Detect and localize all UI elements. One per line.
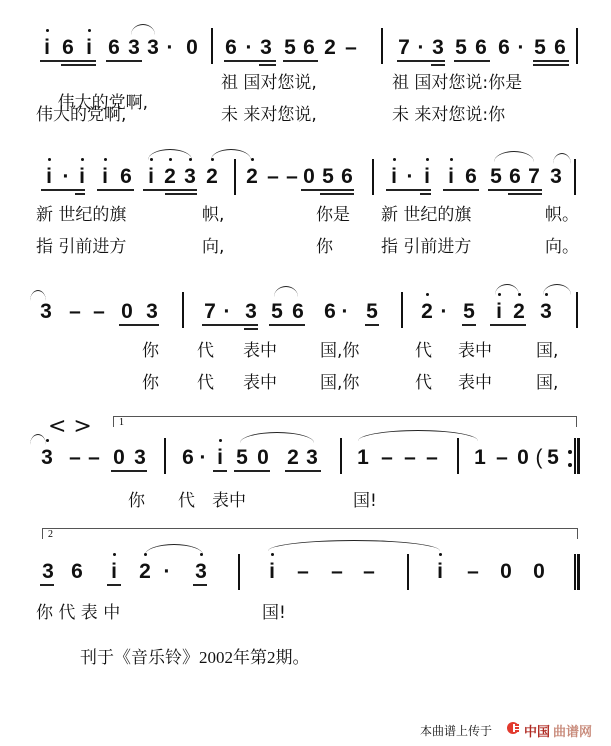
lyric-line-5: 国! [262,598,286,623]
note: 3 [194,560,208,584]
notation-line-5: 3 6 i 2 · 3 i – – – i – 0 0 [0,560,611,590]
note: 6 [181,446,195,470]
note: i [107,560,121,584]
note: – [266,165,280,189]
lyric-verse-1: 你 [142,336,159,361]
final-barline-thick [577,554,580,590]
note: 5 [321,165,335,189]
slur [148,149,192,160]
beam [533,60,569,62]
lyric-verse-1: 帜。 [545,200,579,225]
note: 0 [256,446,270,470]
barline [211,28,213,64]
beam [397,60,445,62]
barline [407,554,409,590]
tie [268,540,440,551]
beam [386,189,431,191]
note: i [40,36,54,60]
lyric-verse-1: 祖 国对您说:你是 [392,68,522,93]
beam [454,60,490,62]
beam [107,584,121,586]
note: 7 [397,36,411,60]
dynamics-marks: < > [48,414,92,439]
lyric-line-4: 代 [178,486,195,511]
beam [224,60,276,62]
slur [494,151,534,162]
note: 3 [39,300,53,324]
lyric-verse-2: 表中 [458,368,492,393]
beam [533,64,569,66]
note: · [163,36,177,60]
note: 5 [489,165,503,189]
beam [143,189,197,191]
final-barline-thin [574,554,576,590]
beam [41,189,85,191]
note: 3 [305,446,319,470]
lyric-line-5: 你 代 表 中 [36,598,120,623]
note: 6 [464,165,478,189]
note: i [387,165,401,189]
note: 0 [112,446,126,470]
site-brand-dark: 中国 [524,721,550,740]
beam [443,189,479,191]
repeat-dots [568,450,572,470]
note: · [196,446,210,470]
note: 5 [283,36,297,60]
lyric-verse-2: 伟大的党啊, [36,100,126,125]
barline [381,28,383,64]
note: · [437,300,451,324]
note: 1 [473,446,487,470]
note: 2 [163,165,177,189]
note: 5 [533,36,547,60]
note: 3 [183,165,197,189]
beam [234,470,270,472]
slur [145,544,203,555]
note: 6 [474,36,488,60]
notation-line-2: i · i i 6 i 2 3 2 2 – – 0 5 6 i · i i 6 … [0,165,611,195]
note: 7 [527,165,541,189]
repeat-barline-thin [574,438,576,474]
note: – [380,446,394,470]
beam [61,64,96,66]
note: 5 [546,446,560,470]
note: – [92,300,106,324]
beam [111,470,147,472]
score-page: i 6 i 6 3 3 · 0 6 · 3 5 6 2 – 7 · 3 5 6 … [0,0,611,746]
publication-note: 刊于《音乐铃》2002年第2期。 [80,643,310,668]
note: 2 [420,300,434,324]
lyric-verse-2: 你 [316,232,333,257]
beam [40,584,54,586]
beam [301,189,354,191]
beam [320,193,354,195]
barline [457,438,459,474]
note: 6 [61,36,75,60]
note: 7 [203,300,217,324]
barline [576,292,578,328]
lyric-verse-1: 祖 国对您说, [221,68,317,93]
tie [358,430,478,441]
lyric-line-4: 你 [128,486,145,511]
note: 5 [235,446,249,470]
beam [283,60,318,62]
note: – [68,446,82,470]
lyric-verse-2: 指 引前进方 [36,232,126,257]
notation-line-4: 3 – – 0 3 6 · i 5 0 2 3 1 – – – 1 – 0 ( … [0,446,611,476]
lyric-verse-1: 新 世纪的旗 [381,200,471,225]
note: 3 [40,446,54,470]
note: i [98,165,112,189]
note: 6 [323,300,337,324]
beam [488,189,542,191]
note: 0 [185,36,199,60]
note: 0 [516,446,530,470]
lyric-verse-2: 指 引前进方 [381,232,471,257]
slur [30,434,46,445]
beam [269,324,305,326]
beam [193,584,207,586]
note: 2 [512,300,526,324]
upload-credit: 本曲谱上传于 [420,722,492,739]
note: – [495,446,509,470]
note: · [514,36,528,60]
note: 2 [138,560,152,584]
beam [462,324,476,326]
note: i [433,560,447,584]
note: 6 [107,36,121,60]
lyric-verse-2: 表中 [243,368,277,393]
lyric-line-4: 国! [353,486,377,511]
note: 3 [549,165,563,189]
repeat-barline-thick [577,438,580,474]
note: 0 [532,560,546,584]
note: 2 [245,165,259,189]
slur [543,284,571,295]
note: 5 [454,36,468,60]
note: i [213,446,227,470]
note: · [403,165,417,189]
barline [182,292,184,328]
barline [340,438,342,474]
note: – [87,446,101,470]
slur [240,432,314,443]
note: · [242,36,256,60]
note: i [420,165,434,189]
lyric-verse-2: 代 [415,368,432,393]
note: – [330,560,344,584]
beam [119,324,159,326]
note: 6 [119,165,133,189]
note: i [265,560,279,584]
note: i [444,165,458,189]
lyric-verse-1: 代 [415,336,432,361]
note: 2 [323,36,337,60]
notation-line-1: i 6 i 6 3 3 · 0 6 · 3 5 6 2 – 7 · 3 5 6 … [0,36,611,66]
slur [495,284,519,295]
beam [75,193,85,195]
site-brand-light: 曲谱网 [553,721,592,740]
note: 0 [120,300,134,324]
lyric-verse-1: 你是 [316,200,350,225]
beam [508,193,542,195]
lyric-verse-2: 国,你 [320,368,359,393]
lyric-verse-1: 帜, [202,200,224,225]
notation-line-3: 3 – – 0 3 7 · 3 5 6 6 · 5 2 · 5 i 2 3 [0,300,611,330]
note: – [285,165,299,189]
note: 0 [499,560,513,584]
beam [490,324,526,326]
slur [131,24,155,35]
slur [274,286,298,297]
lyric-line-4: 表中 [212,486,246,511]
note: i [75,165,89,189]
lyric-verse-2: 未 来对您说:你 [392,100,505,125]
note: 3 [127,36,141,60]
note: i [42,165,56,189]
lyric-verse-1: 代 [197,336,214,361]
beam [285,470,321,472]
note: 3 [259,36,273,60]
first-ending-bracket: 1 [113,416,277,427]
note: 3 [146,36,160,60]
beam [420,193,431,195]
beam [365,324,379,326]
beam [106,60,142,62]
slur [211,149,251,160]
note: i [492,300,506,324]
note: 6 [553,36,567,60]
note: i [144,165,158,189]
note: 6 [70,560,84,584]
barline [234,159,236,195]
lyric-verse-2: 向。 [545,232,579,257]
note: 2 [205,165,219,189]
note: 5 [365,300,379,324]
beam [97,189,134,191]
second-ending-bracket: 2 [42,528,578,539]
lyric-verse-2: 你 [142,368,159,393]
beam [244,328,258,330]
lyric-verse-2: 向, [202,232,224,257]
note: 3 [244,300,258,324]
beam [259,64,276,66]
note: · [338,300,352,324]
note: – [296,560,310,584]
note: i [82,36,96,60]
note: – [425,446,439,470]
barline [576,28,578,64]
note: – [68,300,82,324]
note: · [160,560,174,584]
lyric-verse-2: 代 [197,368,214,393]
beam [165,193,197,195]
note: 6 [224,36,238,60]
note: 6 [302,36,316,60]
barline [574,159,576,195]
lyric-verse-1: 表中 [243,336,277,361]
note: · [220,300,234,324]
first-ending-bracket-ext [276,416,577,427]
lyric-verse-1: 国, [536,336,558,361]
note: 0 [302,165,316,189]
note: – [344,36,358,60]
lyric-verse-1: 新 世纪的旗 [36,200,126,225]
barline [238,554,240,590]
beam [431,64,445,66]
note: 6 [508,165,522,189]
lyric-verse-2: 未 来对您说, [221,100,317,125]
note: 3 [133,446,147,470]
note: 5 [270,300,284,324]
slur [553,153,571,164]
note: 6 [340,165,354,189]
note: 1 [356,446,370,470]
lyric-verse-2: 国, [536,368,558,393]
beam [40,60,96,62]
note: · [414,36,428,60]
note: – [403,446,417,470]
note: – [362,560,376,584]
note: 5 [462,300,476,324]
site-logo-icon [507,721,521,735]
note: 3 [145,300,159,324]
beam [213,470,227,472]
note: 6 [291,300,305,324]
note: · [59,165,73,189]
barline [401,292,403,328]
note: 3 [431,36,445,60]
note: 3 [41,560,55,584]
barline [372,159,374,195]
note: 6 [497,36,511,60]
note: ( [532,446,546,470]
note: – [466,560,480,584]
note: 3 [539,300,553,324]
barline [164,438,166,474]
lyric-verse-1: 表中 [458,336,492,361]
note: 2 [286,446,300,470]
beam [202,324,258,326]
lyric-verse-1: 国,你 [320,336,359,361]
